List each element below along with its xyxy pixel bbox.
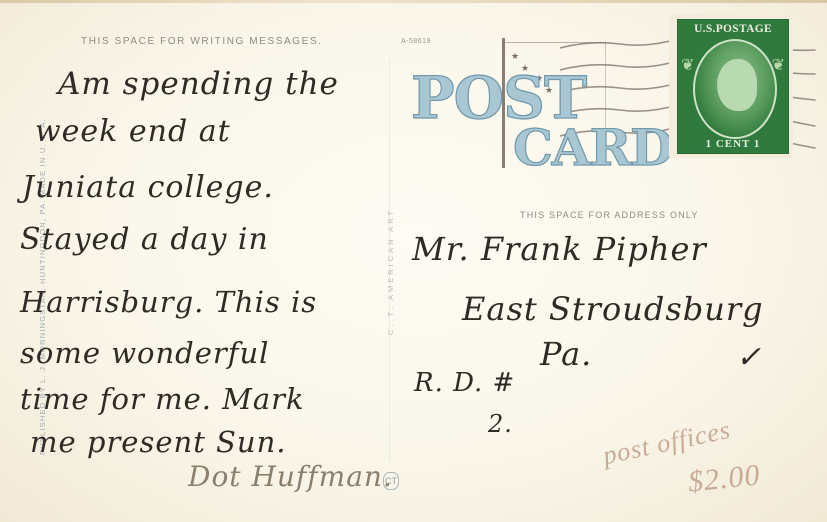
message-line-6: some wonderful: [20, 336, 269, 370]
message-line-1: Am spending the: [58, 66, 339, 102]
message-line-7: time for me. Mark: [20, 382, 305, 416]
message-line-5: Harrisburg. This is: [20, 285, 317, 319]
postcard-back: THIS SPACE FOR WRITING MESSAGES. A-58619…: [0, 0, 827, 522]
message-line-2: week end at: [35, 114, 231, 149]
logo-card: CARD: [513, 118, 673, 177]
wreath-left-icon: ❦: [681, 55, 694, 75]
message-line-8: me present Sun.: [30, 425, 287, 459]
check-mark-icon: ✓: [736, 340, 762, 375]
message-space-heading: THIS SPACE FOR WRITING MESSAGES.: [81, 36, 323, 47]
postage-stamp: U.S.POSTAGE ❦ ❦ 1 CENT 1: [669, 14, 793, 158]
address-route: R. D. #: [414, 368, 515, 398]
post-card-logo: ★ ★ ★ ★ ★ ★ POST CARD: [405, 30, 675, 200]
card-edge: [0, 0, 827, 3]
address-route-number: 2.: [488, 410, 513, 438]
address-name: Mr. Frank Pipher: [412, 230, 707, 268]
address-state: Pa.: [540, 335, 592, 373]
address-space-heading: THIS SPACE FOR ADDRESS ONLY: [520, 210, 699, 220]
publisher-emblem-icon: CT: [383, 472, 399, 490]
stamp-value: 1 CENT 1: [678, 138, 788, 150]
pencil-note-price: $2.00: [686, 458, 762, 499]
message-line-3: Juniata college.: [22, 170, 274, 205]
center-divider: [389, 60, 390, 460]
message-line-4: Stayed a day in: [20, 222, 269, 257]
address-city: East Stroudsburg: [462, 290, 764, 328]
stamp-title: U.S.POSTAGE: [678, 23, 788, 35]
printer-imprint: C. T. AMERICAN ART: [386, 208, 395, 335]
washington-portrait-icon: [693, 39, 777, 139]
signature: Dot Huffman.: [188, 460, 393, 493]
